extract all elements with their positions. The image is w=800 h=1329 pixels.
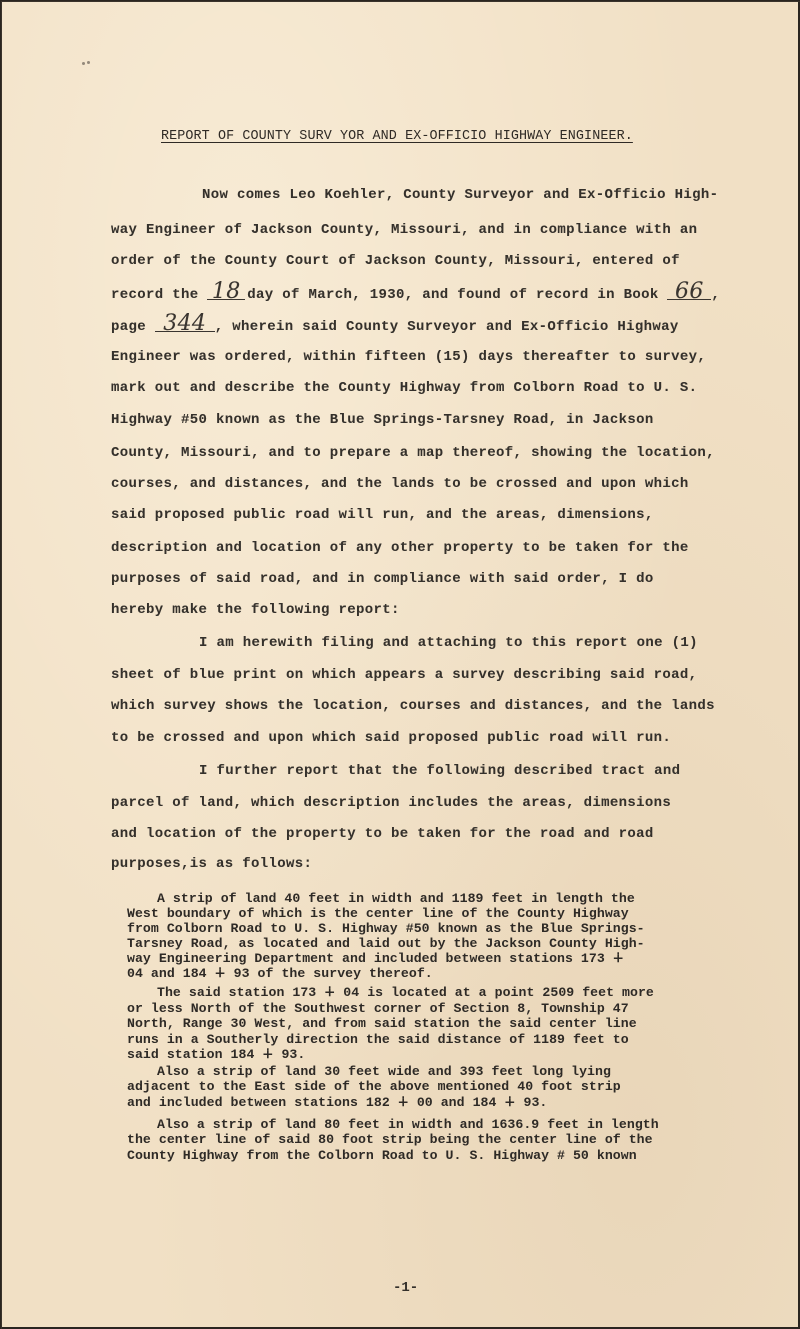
body-line: I am herewith filing and attaching to th…	[199, 635, 698, 651]
body-line: Now comes Leo Koehler, County Surveyor a…	[202, 187, 718, 203]
body-line: and location of the property to be taken…	[111, 826, 654, 842]
body-line: order of the County Court of Jackson Cou…	[111, 253, 680, 269]
paper-speck	[87, 61, 90, 64]
description-line: The said station 173 ∔ 04 is located at …	[157, 985, 654, 1000]
document-title: REPORT OF COUNTY SURV YOR AND EX-OFFICIO…	[161, 129, 721, 144]
body-line: mark out and describe the County Highway…	[111, 380, 697, 396]
text-segment: day of March, 1930, and found of record …	[247, 287, 667, 303]
text-segment: page	[111, 319, 155, 335]
text-segment: record the	[111, 287, 207, 303]
paper-speck	[82, 62, 85, 65]
handwritten-day: 18	[207, 285, 245, 300]
document-page: REPORT OF COUNTY SURV YOR AND EX-OFFICIO…	[1, 1, 798, 1327]
description-line: County Highway from the Colborn Road to …	[127, 1148, 637, 1163]
description-line: 04 and 184 ∔ 93 of the survey thereof.	[127, 966, 433, 981]
body-line: Engineer was ordered, within fifteen (15…	[111, 349, 706, 365]
body-line: hereby make the following report:	[111, 602, 400, 618]
body-line: said proposed public road will run, and …	[111, 507, 654, 523]
body-line: purposes,is as follows:	[111, 856, 312, 872]
description-line: adjacent to the East side of the above m…	[127, 1079, 621, 1094]
body-line: way Engineer of Jackson County, Missouri…	[111, 222, 697, 238]
body-line-with-handwriting: record the 18day of March, 1930, and fou…	[111, 285, 720, 303]
description-line: the center line of said 80 foot strip be…	[127, 1132, 653, 1147]
handwritten-page-number: 344	[155, 317, 215, 332]
description-line: way Engineering Department and included …	[127, 951, 624, 966]
description-line: Tarsney Road, as located and laid out by…	[127, 936, 645, 951]
handwritten-book-number: 66	[667, 285, 711, 300]
body-line: I further report that the following desc…	[199, 763, 680, 779]
body-line: purposes of said road, and in compliance…	[111, 571, 654, 587]
description-line: Also a strip of land 30 feet wide and 39…	[157, 1064, 611, 1079]
description-line: West boundary of which is the center lin…	[127, 906, 629, 921]
body-line: description and location of any other pr…	[111, 540, 689, 556]
body-line: sheet of blue print on which appears a s…	[111, 667, 697, 683]
body-line: which survey shows the location, courses…	[111, 698, 715, 714]
description-line: or less North of the Southwest corner of…	[127, 1001, 629, 1016]
description-line: North, Range 30 West, and from said stat…	[127, 1016, 637, 1031]
page-edge-left	[1, 1, 2, 1328]
description-line: said station 184 ∔ 93.	[127, 1047, 305, 1062]
text-segment: , wherein said County Surveyor and Ex-Of…	[215, 319, 679, 335]
page-number: -1-	[393, 1280, 418, 1296]
description-line: and included between stations 182 ∔ 00 a…	[127, 1095, 547, 1110]
text-segment: ,	[711, 287, 720, 303]
body-line: courses, and distances, and the lands to…	[111, 476, 689, 492]
description-line: runs in a Southerly direction the said d…	[127, 1032, 629, 1047]
body-line-with-handwriting: page 344, wherein said County Surveyor a…	[111, 317, 679, 335]
page-edge-top	[1, 1, 800, 2]
body-line: Highway #50 known as the Blue Springs-Ta…	[111, 412, 654, 428]
description-line: Also a strip of land 80 feet in width an…	[157, 1117, 659, 1132]
body-line: parcel of land, which description includ…	[111, 795, 671, 811]
body-line: County, Missouri, and to prepare a map t…	[111, 445, 715, 461]
description-line: A strip of land 40 feet in width and 118…	[157, 891, 635, 906]
body-line: to be crossed and upon which said propos…	[111, 730, 671, 746]
description-line: from Colborn Road to U. S. Highway #50 k…	[127, 921, 645, 936]
